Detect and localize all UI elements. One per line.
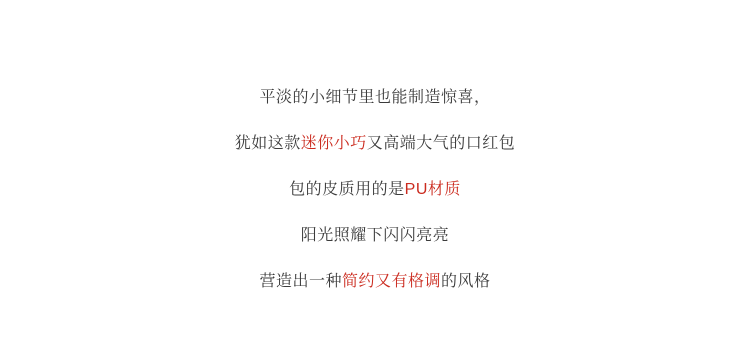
description-line-2: 犹如这款迷你小巧又高端大气的口红包 — [0, 121, 750, 167]
description-line-3: 包的皮质用的是PU材质 — [0, 167, 750, 213]
line-text: 营造出一种 — [259, 273, 342, 290]
line-text: 包的皮质用的是 — [289, 181, 405, 198]
line-text: 又高端大气的口红包 — [367, 135, 516, 152]
description-line-4: 阳光照耀下闪闪亮亮 — [0, 213, 750, 259]
product-description: 平淡的小细节里也能制造惊喜， 犹如这款迷你小巧又高端大气的口红包 包的皮质用的是… — [0, 0, 750, 305]
line-text: 平淡的小细节里也能制造惊喜， — [259, 89, 490, 106]
highlight-text-mini-compact: 迷你小巧 — [301, 135, 367, 152]
line-text: 的风格 — [441, 273, 491, 290]
highlight-text-simple-style: 简约又有格调 — [342, 273, 441, 290]
highlight-text-pu-material: PU材质 — [405, 181, 461, 198]
description-line-1: 平淡的小细节里也能制造惊喜， — [0, 75, 750, 121]
line-text: 阳光照耀下闪闪亮亮 — [301, 227, 450, 244]
line-text: 犹如这款 — [235, 135, 301, 152]
description-line-5: 营造出一种简约又有格调的风格 — [0, 259, 750, 305]
